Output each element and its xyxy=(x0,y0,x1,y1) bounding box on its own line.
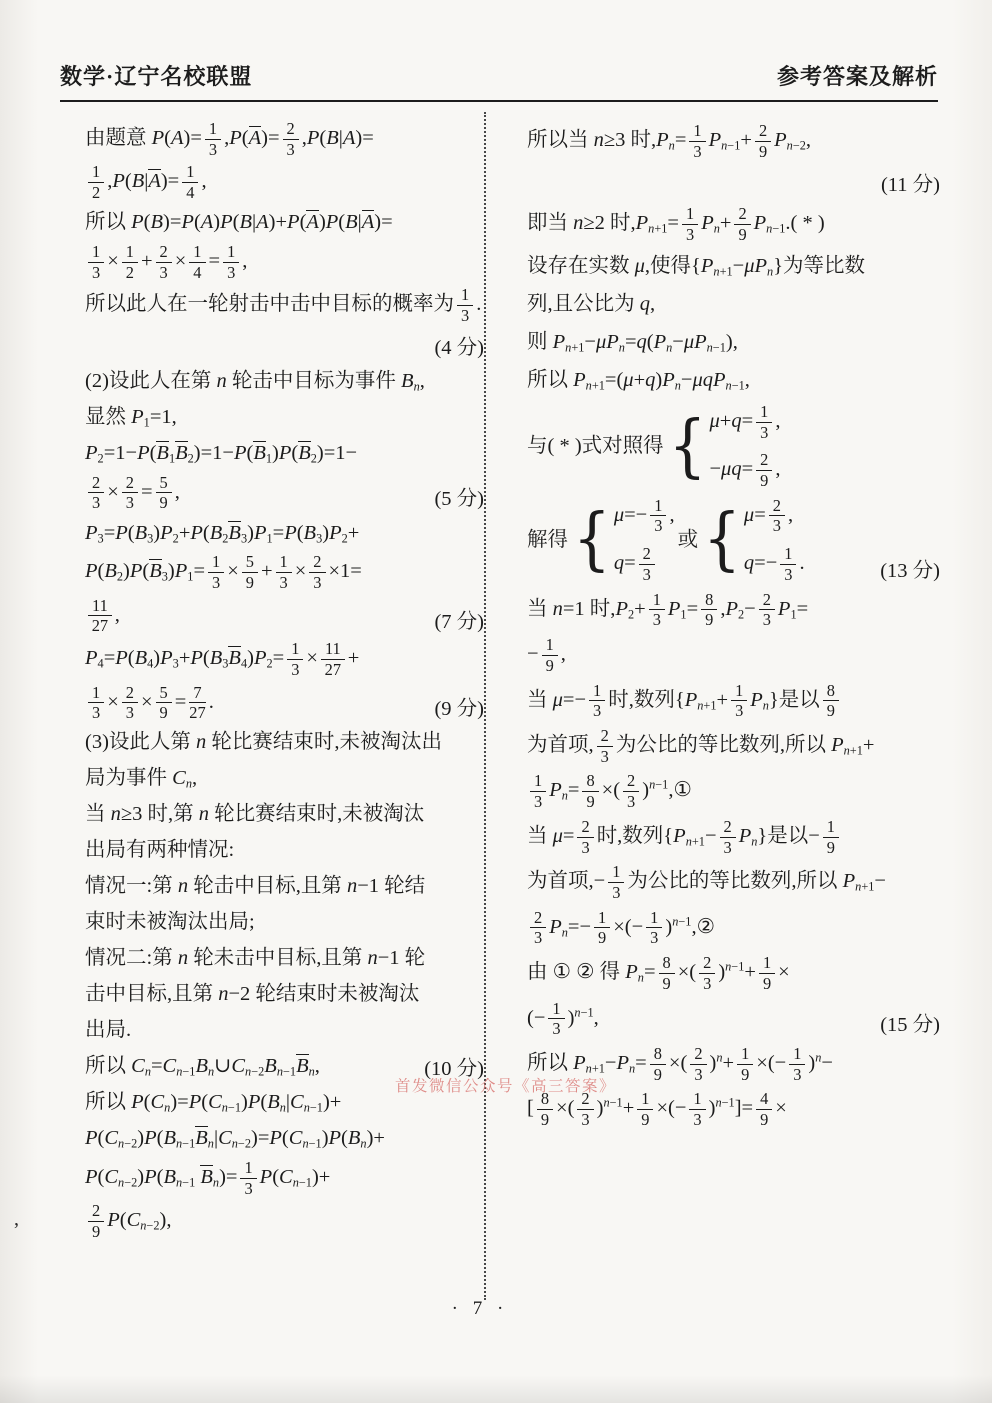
formula-line: 则 Pn+1−μPn=q(Pn−μPn−1), xyxy=(527,326,940,359)
overline-var: B xyxy=(296,1054,309,1077)
fraction: 13 xyxy=(689,1090,705,1128)
formula-line: 所以 P(B)=P(A)P(B|A)+P(A)P(B|A)= xyxy=(85,206,484,239)
fraction: 23 xyxy=(88,474,104,512)
formula-line: P3=P(B3)P2+P(B2B3)P1=P(B3)P2+ xyxy=(85,516,484,549)
case-equation: μ=−13, xyxy=(614,496,675,536)
fraction: 19 xyxy=(594,909,610,947)
formula-line: 当 n≥3 时,第 n 轮比赛结束时,未被淘汰 xyxy=(85,798,484,831)
formula-line: 即当 n≥2 时,Pn+1=13Pn+29Pn−1.( * ) xyxy=(527,204,940,244)
header-subject-title: 数学·辽宁名校联盟 xyxy=(60,60,252,91)
fraction: 19 xyxy=(823,818,839,856)
fraction: 59 xyxy=(242,553,258,591)
line-text: (2)设此人在第 n 轮击中目标为事件 Bn, xyxy=(85,368,484,395)
fraction: 29 xyxy=(88,1202,104,1240)
line-text: 当 n≥3 时,第 n 轮比赛结束时,未被淘汰 xyxy=(85,801,484,828)
fraction: 89 xyxy=(701,591,717,629)
fraction: 19 xyxy=(759,954,775,992)
fraction: 13 xyxy=(689,122,705,160)
fraction: 13 xyxy=(530,772,546,810)
formula-line: 情况一:第 n 轮击中目标,且第 n−1 轮结 xyxy=(85,870,484,903)
line-text: −19, xyxy=(527,635,940,675)
line-text: 13×12+23×14=13, xyxy=(85,242,484,282)
cases-prefix: 与( * )式对照得 xyxy=(527,433,664,460)
fraction: 12 xyxy=(122,243,138,281)
line-text: 所以此人在一轮射击中击中目标的概率为13. xyxy=(85,285,484,325)
overline-var: B xyxy=(253,441,266,464)
fraction: 23 xyxy=(769,497,785,535)
cases-prefix: 解得 xyxy=(527,527,568,554)
fraction: 29 xyxy=(755,122,771,160)
line-text: 情况一:第 n 轮击中目标,且第 n−1 轮结 xyxy=(85,873,484,900)
fraction: 59 xyxy=(156,474,172,512)
case-equation: q=23 xyxy=(614,544,675,584)
overline-var: A xyxy=(306,210,319,233)
fraction: 13 xyxy=(589,682,605,720)
formula-line: (2)设此人在第 n 轮击中目标为事件 Bn, xyxy=(85,365,484,398)
fraction: 23 xyxy=(530,909,546,947)
line-text: 局为事件 Cn, xyxy=(85,765,484,792)
overline-var: B xyxy=(298,441,311,464)
fraction: 23 xyxy=(283,120,299,158)
fraction: 23 xyxy=(577,818,593,856)
fraction: 23 xyxy=(122,474,138,512)
fraction: 19 xyxy=(737,1045,753,1083)
formula-line: −19, xyxy=(527,635,940,675)
overline-var: B xyxy=(149,559,162,582)
cases-prefix: 或 xyxy=(678,527,699,554)
fraction: 14 xyxy=(189,243,205,281)
formula-line: 13×12+23×14=13, xyxy=(85,242,484,282)
overline-var: B xyxy=(200,1165,213,1188)
score-mark: (11 分) xyxy=(873,172,940,199)
overline-var: B xyxy=(228,646,241,669)
line-text: 12,P(B|A)=14, xyxy=(85,162,484,202)
line-text: (−13)n−1, xyxy=(527,999,872,1039)
line-text: 则 Pn+1−μPn=q(Pn−μPn−1), xyxy=(527,329,940,356)
fraction: 13 xyxy=(208,553,224,591)
fraction: 19 xyxy=(637,1090,653,1128)
formula-line: 出局有两种情况: xyxy=(85,834,484,867)
fraction: 23 xyxy=(720,818,736,856)
overline-var: A xyxy=(362,210,375,233)
formula-line: P2=1−P(B1B2)=1−P(B1)P(B2)=1− xyxy=(85,437,484,470)
formula-line: (3)设此人第 n 轮比赛结束时,未被淘汰出 xyxy=(85,726,484,759)
line-text: 1127, xyxy=(85,596,426,636)
left-brace: { xyxy=(573,509,611,571)
cases-line: 与( * )式对照得{μ+q=13,−μq=29, xyxy=(527,402,940,491)
fraction: 23 xyxy=(597,727,613,765)
content-area: 由题意 P(A)=13,P(A)=23,P(B|A)=12,P(B|A)=14,… xyxy=(60,110,940,1302)
fraction: 23 xyxy=(623,772,639,810)
score-line: (4 分) xyxy=(85,329,484,362)
line-text: P4=P(B4)P3+P(B3B4)P2=13×1127+ xyxy=(85,639,484,679)
case-equation: μ+q=13, xyxy=(709,402,780,442)
fraction: 13 xyxy=(457,286,473,324)
line-text: 为首项,23为公比的等比数列,所以 Pn+1+ xyxy=(527,726,940,766)
overline-var: B xyxy=(228,521,241,544)
fraction: 13 xyxy=(756,403,772,441)
fraction: 23 xyxy=(639,545,655,583)
page-header: 数学·辽宁名校联盟 参考答案及解析 xyxy=(60,60,938,102)
fraction: 13 xyxy=(548,1000,564,1038)
fraction: 13 xyxy=(789,1045,805,1083)
fraction: 23 xyxy=(309,553,325,591)
line-text: 击中目标,且第 n−2 轮结束时未被淘汰 xyxy=(85,981,484,1008)
line-text: 为首项,−13为公比的等比数列,所以 Pn+1− xyxy=(527,862,940,902)
fraction: 19 xyxy=(542,636,558,674)
fraction: 59 xyxy=(156,684,172,722)
case-equation: μ=23, xyxy=(744,496,805,536)
formula-line: 23×23=59,(5 分) xyxy=(85,473,484,513)
formula-line: 为首项,23为公比的等比数列,所以 Pn+1+ xyxy=(527,726,940,766)
line-text: P(Cn−2)P(Bn−1 Bn)=13P(Cn−1)+ xyxy=(85,1158,484,1198)
line-text: P(Cn−2)P(Bn−1Bn|Cn−2)=P(Cn−1)P(Bn)+ xyxy=(85,1124,484,1152)
line-text: 显然 P1=1, xyxy=(85,404,484,431)
overline-var: A xyxy=(249,126,262,149)
fraction: 49 xyxy=(756,1090,772,1128)
overline-var: B xyxy=(156,441,169,464)
formula-line: 13×23×59=727.(9 分) xyxy=(85,683,484,723)
case-equation: q=−13. xyxy=(744,544,805,584)
fraction: 13 xyxy=(287,640,303,678)
line-text: 束时未被淘汰出局; xyxy=(85,909,484,936)
left-brace: { xyxy=(669,416,707,478)
left-brace: { xyxy=(703,509,741,571)
score-mark: (7 分) xyxy=(426,609,484,636)
fraction: 13 xyxy=(88,684,104,722)
formula-line: 束时未被淘汰出局; xyxy=(85,906,484,939)
stray-mark: , xyxy=(14,1208,19,1231)
line-text: 解得{μ=−13,q=23或{μ=23,q=−13. xyxy=(527,496,872,585)
formula-line: 由题意 P(A)=13,P(A)=23,P(B|A)= xyxy=(85,119,484,159)
line-text: 所以当 n≥3 时,Pn=13Pn−1+29Pn−2, xyxy=(527,121,940,161)
brace-system: {μ=23,q=−13. xyxy=(703,496,805,585)
line-text: P3=P(B3)P2+P(B2B3)P1=P(B3)P2+ xyxy=(85,519,484,547)
line-text: 出局. xyxy=(85,1017,484,1044)
fraction: 89 xyxy=(659,954,675,992)
left-column: 由题意 P(A)=13,P(A)=23,P(B|A)=12,P(B|A)=14,… xyxy=(60,110,484,1302)
line-text: 13×23×59=727. xyxy=(85,683,426,723)
fraction: 13 xyxy=(682,205,698,243)
fraction: 89 xyxy=(537,1090,553,1128)
line-text: P2=1−P(B1B2)=1−P(B1)P(B2)=1− xyxy=(85,439,484,467)
formula-line: 情况二:第 n 轮未击中目标,且第 n−1 轮 xyxy=(85,942,484,975)
fraction: 29 xyxy=(734,205,750,243)
formula-line: 显然 P1=1, xyxy=(85,401,484,434)
cases-line: 解得{μ=−13,q=23或{μ=23,q=−13.(13 分) xyxy=(527,496,940,585)
score-mark: (13 分) xyxy=(872,558,940,585)
formula-line: 当 n=1 时,P2+13P1=89,P2−23P1= xyxy=(527,590,940,630)
formula-line: 出局. xyxy=(85,1014,484,1047)
fraction: 13 xyxy=(88,243,104,281)
fraction: 13 xyxy=(646,909,662,947)
line-text: 出局有两种情况: xyxy=(85,837,484,864)
line-text: 即当 n≥2 时,Pn+1=13Pn+29Pn−1.( * ) xyxy=(527,204,940,244)
fraction: 89 xyxy=(823,682,839,720)
formula-line: 当 μ=23时,数列{Pn+1−23Pn}是以−19 xyxy=(527,817,940,857)
line-text: 当 μ=23时,数列{Pn+1−23Pn}是以−19 xyxy=(527,817,940,857)
fraction: 13 xyxy=(780,545,796,583)
formula-line: 为首项,−13为公比的等比数列,所以 Pn+1− xyxy=(527,862,940,902)
fraction: 23 xyxy=(577,1090,593,1128)
line-text: 13Pn=89×(23)n−1,① xyxy=(527,771,940,811)
formula-line: 1127,(7 分) xyxy=(85,596,484,636)
header-section-title: 参考答案及解析 xyxy=(777,60,938,91)
fraction: 1127 xyxy=(321,640,345,678)
fraction: 14 xyxy=(182,163,198,201)
fraction: 13 xyxy=(650,497,666,535)
formula-line: (−13)n−1,(15 分) xyxy=(527,999,940,1039)
score-mark: (9 分) xyxy=(426,696,484,723)
brace-system: {μ+q=13,−μq=29, xyxy=(669,402,781,491)
formula-line: P(Cn−2)P(Bn−1 Bn)=13P(Cn−1)+ xyxy=(85,1158,484,1198)
fraction: 727 xyxy=(189,684,205,722)
fraction: 89 xyxy=(582,772,598,810)
line-text: 由 ① ② 得 Pn=89×(23)n−1+19× xyxy=(527,953,940,993)
watermark-text: 首发微信公众号《高三答案》 xyxy=(395,1074,616,1096)
score-mark: (5 分) xyxy=(426,486,484,513)
score-line: (11 分) xyxy=(527,166,940,199)
formula-line: 当 μ=−13时,数列{Pn+1+13Pn}是以89 xyxy=(527,681,940,721)
overline-var: B xyxy=(195,1126,208,1149)
line-text: 所以 P(B)=P(A)P(B|A)+P(A)P(B|A)= xyxy=(85,208,484,236)
formula-line: 23Pn=−19×(−13)n−1,② xyxy=(527,908,940,948)
fraction: 23 xyxy=(156,243,172,281)
line-text: 所以 Cn=Cn−1Bn∪Cn−2Bn−1Bn, xyxy=(85,1052,416,1080)
overline-var: B xyxy=(175,441,188,464)
fraction: 23 xyxy=(122,684,138,722)
fraction: 13 xyxy=(240,1159,256,1197)
fraction: 23 xyxy=(759,591,775,629)
formula-line: P4=P(B4)P3+P(B3B4)P2=13×1127+ xyxy=(85,639,484,679)
fraction: 12 xyxy=(88,163,104,201)
page-number: · 7 · xyxy=(0,1298,960,1320)
fraction: 13 xyxy=(608,863,624,901)
line-text: 当 n=1 时,P2+13P1=89,P2−23P1= xyxy=(527,590,940,630)
formula-line: 设存在实数 μ,使得{Pn+1−μPn}为等比数 xyxy=(527,250,940,283)
line-text: 当 μ=−13时,数列{Pn+1+13Pn}是以89 xyxy=(527,681,940,721)
fraction: 13 xyxy=(276,553,292,591)
line-text: 设存在实数 μ,使得{Pn+1−μPn}为等比数 xyxy=(527,253,940,280)
brace-system: {μ=−13,q=23 xyxy=(573,496,675,585)
line-text: 列,且公比为 q, xyxy=(527,291,940,318)
formula-line: 由 ① ② 得 Pn=89×(23)n−1+19× xyxy=(527,953,940,993)
case-equation: −μq=29, xyxy=(709,450,780,490)
formula-line: 所以当 n≥3 时,Pn=13Pn−1+29Pn−2, xyxy=(527,121,940,161)
fraction: 13 xyxy=(205,120,221,158)
fraction: 89 xyxy=(650,1045,666,1083)
fraction: 1127 xyxy=(88,597,112,635)
formula-line: 列,且公比为 q, xyxy=(527,288,940,321)
line-text: 23×23=59, xyxy=(85,473,426,513)
answer-sheet-page: 数学·辽宁名校联盟 参考答案及解析 由题意 P(A)=13,P(A)=23,P(… xyxy=(0,0,992,1403)
formula-line: 12,P(B|A)=14, xyxy=(85,162,484,202)
line-text: 23Pn=−19×(−13)n−1,② xyxy=(527,908,940,948)
fraction: 13 xyxy=(731,682,747,720)
fraction: 23 xyxy=(699,954,715,992)
formula-line: 所以 Pn+1=(μ+q)Pn−μqPn−1, xyxy=(527,364,940,397)
line-text: 所以 Pn+1=(μ+q)Pn−μqPn−1, xyxy=(527,367,940,394)
formula-line: 13Pn=89×(23)n−1,① xyxy=(527,771,940,811)
formula-line: 所以此人在一轮射击中击中目标的概率为13. xyxy=(85,285,484,325)
formula-line: 击中目标,且第 n−2 轮结束时未被淘汰 xyxy=(85,978,484,1011)
line-text: P(B2)P(B3)P1=13×59+13×23×1= xyxy=(85,552,484,592)
formula-line: 29P(Cn−2), xyxy=(85,1201,484,1241)
line-text: (3)设此人第 n 轮比赛结束时,未被淘汰出 xyxy=(85,729,484,756)
overline-var: A xyxy=(148,169,161,192)
line-text: 情况二:第 n 轮未击中目标,且第 n−1 轮 xyxy=(85,945,484,972)
line-text: 由题意 P(A)=13,P(A)=23,P(B|A)= xyxy=(85,119,484,159)
fraction: 13 xyxy=(223,243,239,281)
fraction: 23 xyxy=(690,1045,706,1083)
fraction: 29 xyxy=(756,451,772,489)
score-mark: (15 分) xyxy=(872,1012,940,1039)
formula-line: P(B2)P(B3)P1=13×59+13×23×1= xyxy=(85,552,484,592)
right-column: 所以当 n≥3 时,Pn=13Pn−1+29Pn−2,(11 分)即当 n≥2 … xyxy=(486,110,940,1302)
formula-line: 局为事件 Cn, xyxy=(85,762,484,795)
fraction: 13 xyxy=(649,591,665,629)
line-text: 29P(Cn−2), xyxy=(85,1201,484,1241)
score-mark: (4 分) xyxy=(426,335,484,362)
line-text: 与( * )式对照得{μ+q=13,−μq=29, xyxy=(527,402,940,491)
formula-line: P(Cn−2)P(Bn−1Bn|Cn−2)=P(Cn−1)P(Bn)+ xyxy=(85,1122,484,1155)
